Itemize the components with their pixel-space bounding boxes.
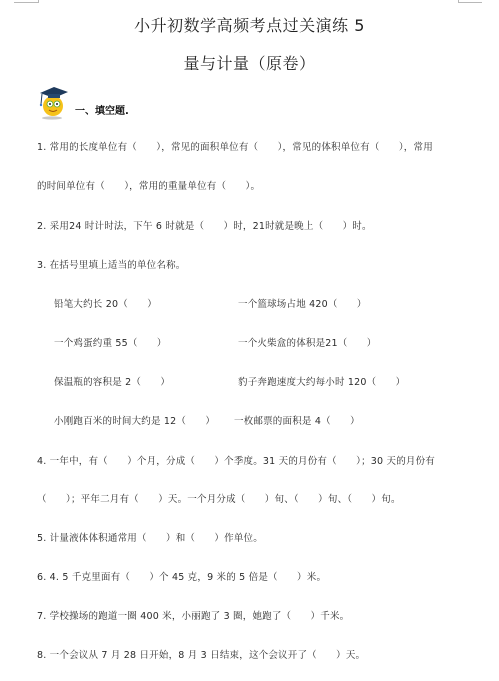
question-3-item-6: 豹子奔跑速度大约每小时 120（ ） — [238, 374, 405, 388]
question-8-line-1: 8. 一个会议从 7 月 28 日开始，8 月 3 日结束，这个会议开了（ ）天… — [37, 647, 365, 661]
question-7-line-1: 7. 学校操场的跑道一圈 400 米，小丽跑了 3 圈，她跑了（ ）千米。 — [37, 608, 349, 622]
question-4-line-1: 4. 一年中，有（ ）个月，分成（ ）个季度。31 天的月份有（ ）；30 天的… — [37, 453, 435, 467]
question-3-item-3: 一个鸡蛋约重 55（ ） — [54, 335, 167, 349]
question-3-line-1: 3. 在括号里填上适当的单位名称。 — [37, 257, 185, 271]
section-label: 一、填空题. — [75, 102, 129, 117]
document-subtitle: 量与计量（原卷） — [0, 51, 499, 74]
question-6-line-1: 6. 4. 5 千克里面有（ ）个 45 克，9 米的 5 倍是（ ）米。 — [37, 569, 326, 583]
question-3-item-8: 一枚邮票的面积是 4（ ） — [234, 413, 360, 427]
document-title: 小升初数学高频考点过关演练 5 — [0, 13, 499, 36]
section-heading: 一、填空题. — [38, 84, 129, 120]
question-3-item-5: 保温瓶的容积是 2（ ） — [54, 374, 170, 388]
question-3-item-4: 一个火柴盒的体积是21（ ） — [238, 335, 377, 349]
question-3-item-2: 一个篮球场占地 420（ ） — [238, 296, 367, 310]
question-1-line-1: 1. 常用的长度单位有（ ），常见的面积单位有（ ），常见的体积单位有（ ），常… — [37, 139, 433, 153]
question-1-line-2: 的时间单位有（ ），常用的重量单位有（ ）。 — [37, 178, 260, 192]
question-4-line-2: （ ）；平年二月有（ ）天。一个月分成（ ）旬、（ ）旬、（ ）旬。 — [37, 491, 401, 505]
graduate-mascot-icon — [38, 84, 72, 120]
question-3-item-1: 铅笔大约长 20（ ） — [54, 296, 157, 310]
question-5-line-1: 5. 计量液体体积通常用（ ）和（ ）作单位。 — [37, 530, 263, 544]
question-3-item-7: 小刚跑百米的时间大约是 12（ ） — [54, 413, 215, 427]
question-2-line-1: 2. 采用24 时计时法，下午 6 时就是（ ）时，21时就是晚上（ ）时。 — [37, 218, 372, 232]
